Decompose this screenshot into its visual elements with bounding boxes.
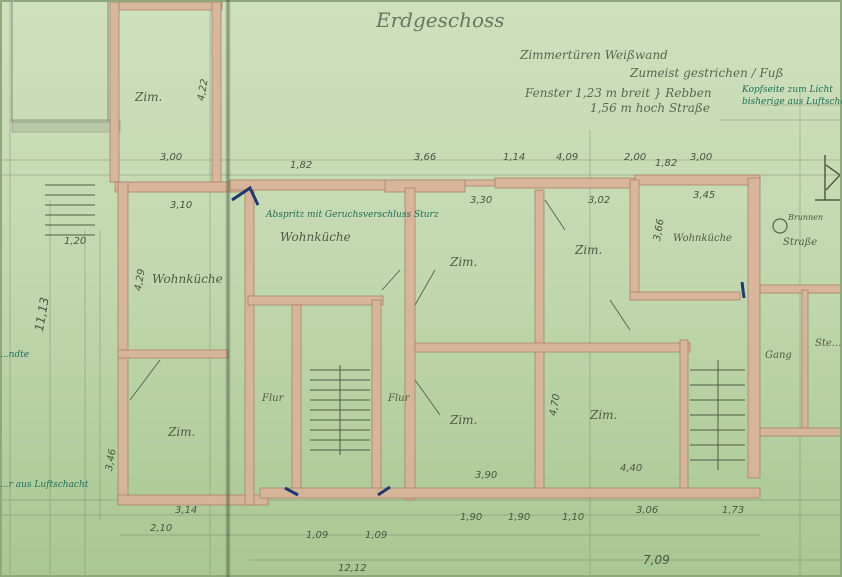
room-label: Ste... <box>815 338 841 349</box>
green-note-3: Abspritz mit Geruchsverschluss Sturz <box>266 210 439 220</box>
dimension-label: 1,09 <box>306 530 328 541</box>
dimension-label: 1,20 <box>64 236 86 247</box>
dimension-label: 2,00 <box>624 152 646 163</box>
note-line-2: Zumeist gestrichen / Fuß <box>630 66 784 80</box>
dimension-label: 1,90 <box>460 512 482 523</box>
dimension-label: 1,82 <box>655 158 677 169</box>
dimension-label: 1,10 <box>562 512 584 523</box>
dimension-label: 1,09 <box>365 530 387 541</box>
dimension-label: 3,45 <box>693 190 715 201</box>
dimension-label: 3,02 <box>588 195 610 206</box>
room-label: Flur <box>388 393 409 404</box>
dimension-label: 3,06 <box>636 505 658 516</box>
room-label: Zim. <box>450 255 477 269</box>
room-label: Gang <box>765 350 792 361</box>
dimension-label: 3,90 <box>475 470 497 481</box>
dimension-label: 3,66 <box>414 152 436 163</box>
room-label: Brunnen <box>788 213 823 222</box>
room-label: Wohnküche <box>152 272 223 286</box>
room-label: Wohnküche <box>280 230 351 244</box>
dimension-label: 3,00 <box>690 152 712 163</box>
dimension-label: 1,90 <box>508 512 530 523</box>
dimension-label: 3,14 <box>175 505 197 516</box>
dimension-label: 4,09 <box>556 152 578 163</box>
floor-plan-sheet: Erdgeschoss Zimmertüren Weißwand Zumeist… <box>0 0 842 577</box>
bottom-total-label: 12,12 <box>338 563 367 574</box>
dimension-label: 1,73 <box>722 505 744 516</box>
dimension-label: 3,00 <box>160 152 182 163</box>
dimension-label: 3,30 <box>470 195 492 206</box>
room-label: Zim. <box>168 425 195 439</box>
green-note-2: bisherige aus Luftschacht <box>742 97 842 107</box>
adjacent-building-outline <box>12 0 120 132</box>
floor-plan-drawing <box>0 0 842 577</box>
room-label: Flur <box>262 393 283 404</box>
green-note-4: ...ndte <box>0 350 29 360</box>
green-note-5: ...r aus Luftschacht <box>0 480 88 490</box>
dimension-label: 2,10 <box>150 523 172 534</box>
green-note-1: Kopfseite zum Licht <box>742 85 833 95</box>
dimension-label: 1,14 <box>503 152 525 163</box>
dimension-label: 1,82 <box>290 160 312 171</box>
dimension-label: 4,40 <box>620 463 642 474</box>
room-label: Zim. <box>450 413 477 427</box>
note-line-1: Zimmertüren Weißwand <box>520 48 668 62</box>
room-label: Straße <box>783 237 817 248</box>
room-label: Zim. <box>575 243 602 257</box>
dimension-label: 3,10 <box>170 200 192 211</box>
paper-fold-crease <box>225 0 231 577</box>
staircase-treads <box>45 185 745 470</box>
room-label: Zim. <box>590 408 617 422</box>
room-label: Wohnküche <box>673 233 732 244</box>
room-label: Zim. <box>135 90 162 104</box>
note-line-3: Fenster 1,23 m breit } Rebben <box>525 86 712 100</box>
note-line-4: 1,56 m hoch Straße <box>590 101 710 115</box>
brunnen-symbol <box>773 219 787 233</box>
plan-title: Erdgeschoss <box>376 8 505 32</box>
total-length-label: 7,09 <box>643 553 670 567</box>
bay-window <box>815 155 842 200</box>
